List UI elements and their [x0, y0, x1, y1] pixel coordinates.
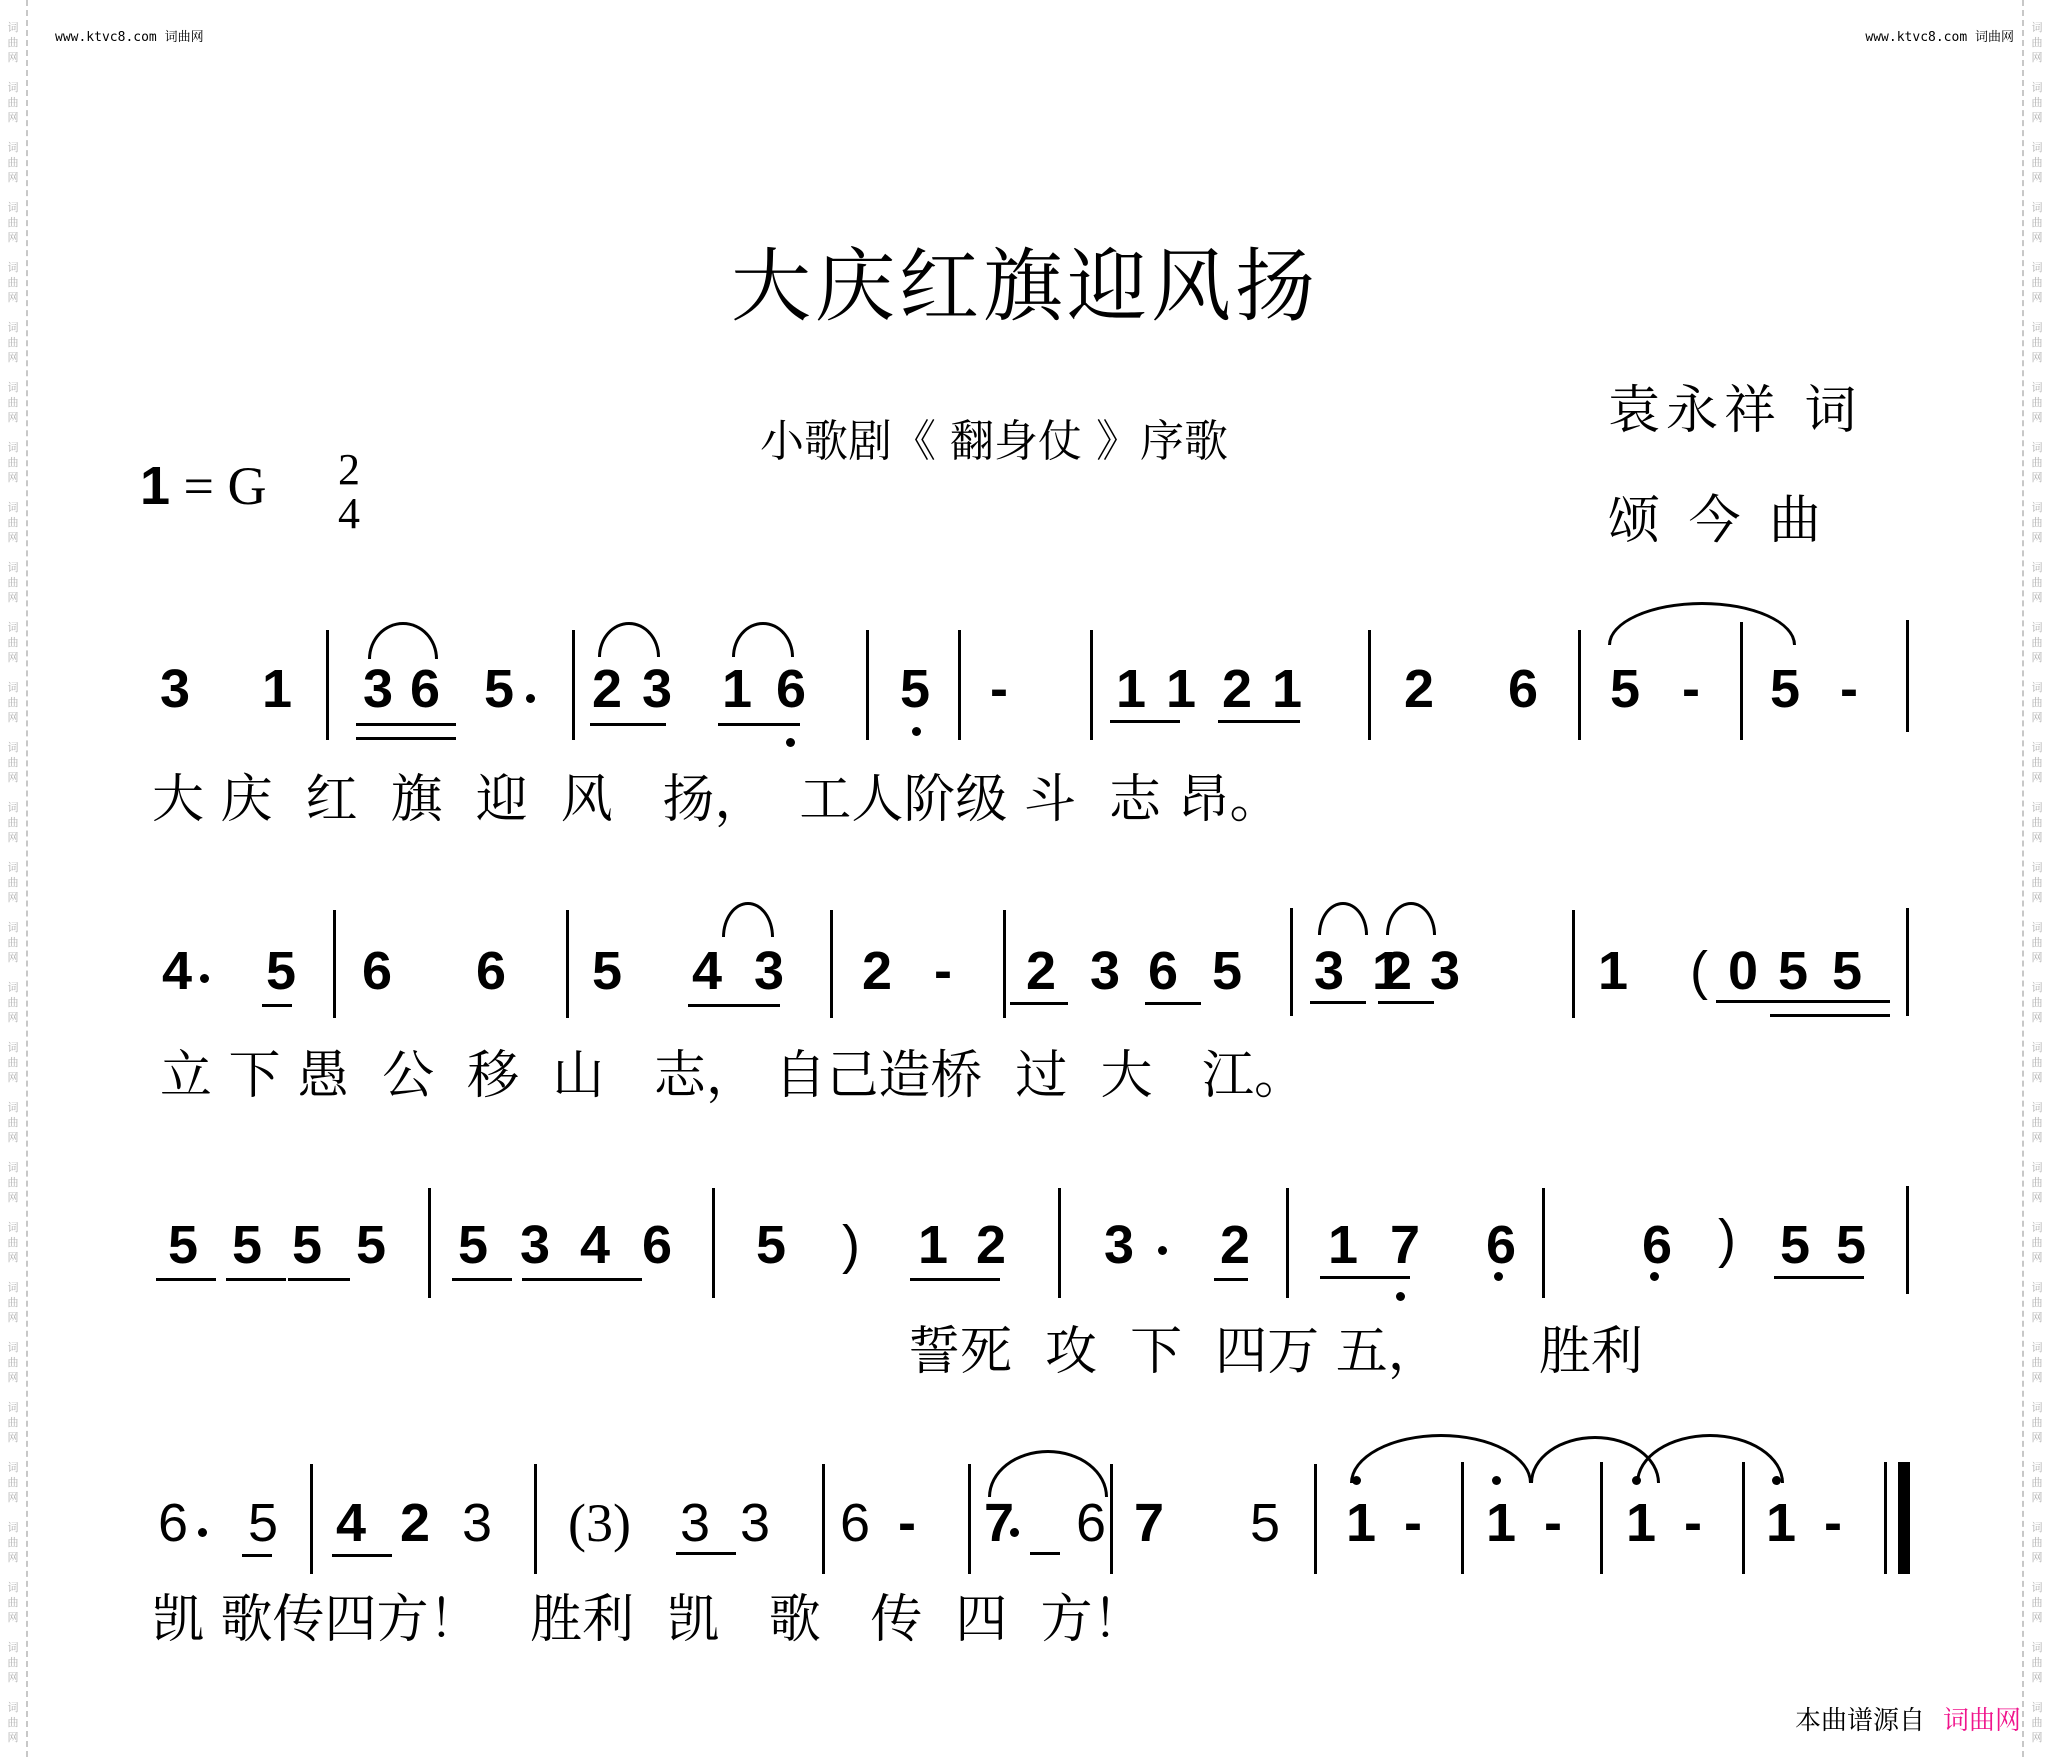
beam-underline	[590, 723, 666, 726]
watermark-glyph: 曲	[2024, 755, 2050, 770]
note: 6	[1076, 1496, 1106, 1550]
note: 6	[158, 1496, 188, 1550]
lyricist-credit: 袁永祥 词	[1608, 368, 1863, 443]
watermark-glyph: 词	[2024, 980, 2050, 995]
note: 3	[520, 1218, 550, 1272]
note: )	[842, 1218, 860, 1272]
watermark-glyph: 词	[0, 1100, 26, 1115]
bar-line	[1740, 622, 1743, 740]
note: 2	[976, 1218, 1006, 1272]
watermark-glyph: 曲	[0, 1175, 26, 1190]
watermark-glyph: 网	[2024, 710, 2050, 725]
note: 6	[642, 1218, 672, 1272]
watermark-glyph: 曲	[0, 1415, 26, 1430]
bar-line	[1003, 910, 1006, 1018]
watermark-glyph: 词	[0, 1460, 26, 1475]
slur-arc	[732, 622, 794, 657]
octave-or-dot-mark	[786, 738, 795, 747]
watermark-glyph: 词	[2024, 1100, 2050, 1115]
composer-credit: 颂 今 曲	[1608, 478, 1827, 553]
watermark-glyph: 词	[2024, 1520, 2050, 1535]
watermark-glyph: 网	[0, 1310, 26, 1325]
note: -	[1824, 1496, 1842, 1550]
note: 0	[1728, 944, 1758, 998]
watermark-glyph: 曲	[0, 1595, 26, 1610]
watermark-glyph: 网	[0, 170, 26, 185]
site-mark-right[interactable]: www.ktvc8.com 词曲网	[1865, 26, 2014, 45]
watermark-glyph: 曲	[0, 1355, 26, 1370]
note: 7	[1134, 1496, 1164, 1550]
watermark-glyph: 词	[0, 740, 26, 755]
note: 4	[692, 944, 722, 998]
watermark-glyph: 曲	[0, 515, 26, 530]
note: 5	[756, 1218, 786, 1272]
note: 5	[1780, 1218, 1810, 1272]
lyrics-line-1: 大 庆 红 旗 迎 风 扬， 工人阶级 斗 志 昂。	[152, 770, 1282, 830]
note: 1	[262, 662, 292, 716]
bar-line	[1314, 1464, 1317, 1574]
watermark-glyph: 曲	[2024, 515, 2050, 530]
bar-line	[333, 910, 336, 1018]
beam-underline	[1110, 720, 1180, 723]
note: 2	[862, 944, 892, 998]
watermark-glyph: 词	[0, 1220, 26, 1235]
note: 5	[458, 1218, 488, 1272]
watermark-glyph: 网	[0, 1250, 26, 1265]
time-signature: 2 4	[338, 448, 360, 536]
watermark-glyph: 曲	[2024, 695, 2050, 710]
note: 1	[1346, 1496, 1376, 1550]
key-name: G	[228, 456, 267, 516]
note: 1	[1626, 1496, 1656, 1550]
watermark-glyph: 曲	[2024, 1475, 2050, 1490]
watermark-glyph: 词	[2024, 740, 2050, 755]
bar-line	[1090, 630, 1093, 740]
watermark-glyph: 曲	[2024, 395, 2050, 410]
watermark-glyph: 词	[2024, 1220, 2050, 1235]
watermark-glyph: 网	[0, 890, 26, 905]
note: 5	[1610, 662, 1640, 716]
watermark-glyph: 曲	[2024, 455, 2050, 470]
bar-line	[1290, 908, 1293, 1016]
beam-underline	[1716, 1000, 1890, 1003]
watermark-glyph: 网	[0, 650, 26, 665]
slur-arc	[598, 622, 660, 657]
watermark-glyph: 网	[2024, 950, 2050, 965]
watermark-glyph: 曲	[2024, 1175, 2050, 1190]
slur-arc	[988, 1450, 1108, 1497]
note: 2	[1222, 662, 1252, 716]
note: 5	[266, 944, 296, 998]
watermark-glyph: 网	[0, 1070, 26, 1085]
watermark-glyph: 网	[0, 1670, 26, 1685]
note: 2	[1404, 662, 1434, 716]
bar-line	[712, 1188, 715, 1298]
watermark-glyph: 词	[0, 860, 26, 875]
octave-or-dot-mark	[1396, 1292, 1405, 1301]
beam-underline	[1770, 1014, 1890, 1017]
note: -	[898, 1496, 916, 1550]
note: 5	[1832, 944, 1862, 998]
note: -	[1544, 1496, 1562, 1550]
watermark-glyph: 网	[2024, 110, 2050, 125]
watermark-glyph: 曲	[0, 455, 26, 470]
watermark-glyph: 网	[2024, 170, 2050, 185]
note: 2	[1026, 944, 1056, 998]
octave-or-dot-mark	[1010, 1528, 1019, 1537]
watermark-glyph: 网	[2024, 1730, 2050, 1745]
watermark-glyph: 词	[2024, 560, 2050, 575]
watermark-glyph: 曲	[2024, 1415, 2050, 1430]
lyrics-line-3: 誓死 攻 下 四万 五， 胜利	[908, 1322, 1643, 1382]
octave-or-dot-mark	[200, 974, 209, 983]
site-name: 词曲网	[1975, 30, 2014, 45]
watermark-glyph: 网	[2024, 1490, 2050, 1505]
beam-underline	[910, 1278, 1000, 1281]
watermark-glyph: 词	[2024, 800, 2050, 815]
watermark-glyph: 曲	[2024, 1115, 2050, 1130]
watermark-glyph: 网	[2024, 1550, 2050, 1565]
note: 6	[362, 944, 392, 998]
beam-underline	[156, 1278, 216, 1281]
time-denominator: 4	[338, 492, 360, 536]
note: -	[1404, 1496, 1422, 1550]
watermark-glyph: 词	[2024, 920, 2050, 935]
note: 7	[984, 1496, 1014, 1550]
watermark-glyph: 曲	[2024, 335, 2050, 350]
note: -	[934, 944, 952, 998]
watermark-glyph: 词	[0, 1520, 26, 1535]
watermark-glyph: 曲	[2024, 875, 2050, 890]
watermark-glyph: 曲	[0, 815, 26, 830]
watermark-glyph: 网	[0, 1370, 26, 1385]
watermark-glyph: 曲	[0, 1475, 26, 1490]
note: 1	[1598, 944, 1628, 998]
key-tonic: 1	[140, 456, 170, 516]
watermark-glyph: 网	[0, 530, 26, 545]
lyrics-line-2: 立 下 愚 公 移 山 志， 自己造桥 过 大 江。	[160, 1046, 1306, 1106]
bar-line	[958, 630, 961, 740]
bar-line	[1110, 1464, 1113, 1574]
beam-underline	[1310, 1001, 1366, 1004]
watermark-glyph: 曲	[2024, 1055, 2050, 1070]
watermark-glyph: 词	[0, 680, 26, 695]
slur-arc	[1608, 602, 1796, 645]
watermark-glyph: 词	[0, 500, 26, 515]
bar-line	[1058, 1188, 1061, 1298]
note: 3	[680, 1496, 710, 1550]
watermark-glyph: 词	[2024, 1040, 2050, 1055]
watermark-glyph: 网	[0, 1610, 26, 1625]
watermark-glyph: 词	[0, 140, 26, 155]
note: 1	[722, 662, 752, 716]
octave-or-dot-mark	[1650, 1272, 1659, 1281]
watermark-glyph: 词	[2024, 620, 2050, 635]
watermark-glyph: 词	[2024, 1640, 2050, 1655]
watermark-glyph: 网	[2024, 1610, 2050, 1625]
watermark-glyph: 曲	[0, 1235, 26, 1250]
beam-underline	[1030, 1552, 1056, 1555]
watermark-glyph: 网	[2024, 1430, 2050, 1445]
watermark-glyph: 网	[0, 710, 26, 725]
note: 5	[356, 1218, 386, 1272]
slur-arc	[722, 902, 774, 937]
note: 3	[363, 662, 393, 716]
watermark-glyph: 曲	[0, 1655, 26, 1670]
watermark-glyph: 词	[2024, 80, 2050, 95]
beam-underline	[332, 1554, 392, 1557]
watermark-glyph: 网	[0, 410, 26, 425]
note: 5	[232, 1218, 262, 1272]
beam-underline	[688, 1004, 780, 1007]
beam-underline	[1010, 1002, 1068, 1005]
bar-line	[572, 630, 575, 740]
note: 3	[754, 944, 784, 998]
watermark-glyph: 词	[0, 380, 26, 395]
note: -	[1684, 1496, 1702, 1550]
slur-arc	[1318, 902, 1368, 935]
note: 5	[1770, 662, 1800, 716]
watermark-glyph: 网	[0, 350, 26, 365]
watermark-glyph: 词	[2024, 380, 2050, 395]
bar-line	[1368, 630, 1371, 740]
watermark-glyph: 网	[2024, 50, 2050, 65]
watermark-glyph: 网	[0, 1490, 26, 1505]
song-subtitle: 小歌剧《 翻身仗 》序歌	[760, 405, 1228, 469]
watermark-glyph: 词	[0, 1040, 26, 1055]
beam-underline	[1145, 1002, 1201, 1005]
watermark-glyph: 曲	[0, 335, 26, 350]
note: 2	[400, 1496, 430, 1550]
note: 5	[484, 662, 514, 716]
watermark-glyph: 网	[0, 50, 26, 65]
bar-line	[822, 1464, 825, 1574]
watermark-glyph: 曲	[2024, 1595, 2050, 1610]
watermark-glyph: 曲	[0, 635, 26, 650]
note: 4	[162, 944, 192, 998]
watermark-glyph: 曲	[0, 1715, 26, 1730]
note: 5	[1836, 1218, 1866, 1272]
watermark-glyph: 词	[0, 920, 26, 935]
note: 3	[1104, 1218, 1134, 1272]
watermark-glyph: 曲	[2024, 1235, 2050, 1250]
note: 6	[776, 662, 806, 716]
note: 1	[1166, 662, 1196, 716]
watermark-glyph: 词	[2024, 1460, 2050, 1475]
time-numerator: 2	[338, 448, 360, 492]
watermark-glyph: 曲	[2024, 155, 2050, 170]
watermark-glyph: 词	[0, 800, 26, 815]
beam-underline	[226, 1278, 227, 1281]
note: 3	[462, 1496, 492, 1550]
watermark-glyph: 词	[2024, 860, 2050, 875]
bar-line	[1906, 1186, 1909, 1294]
lyrics-line-4: 凯 歌传四方！ 胜利 凯 歌 传 四 方！	[152, 1590, 1144, 1650]
bar-line	[1542, 1188, 1545, 1298]
bar-line	[1286, 1188, 1289, 1298]
note: 5	[900, 662, 930, 716]
watermark-glyph: 网	[2024, 1190, 2050, 1205]
slur-arc	[1350, 1434, 1532, 1483]
watermark-glyph: 曲	[0, 1535, 26, 1550]
site-url: www.ktvc8.com	[1865, 30, 1967, 45]
note: 2	[592, 662, 622, 716]
watermark-glyph: 网	[0, 110, 26, 125]
watermark-glyph: 网	[2024, 650, 2050, 665]
watermark-glyph: 曲	[2024, 995, 2050, 1010]
beam-underline	[288, 1278, 350, 1281]
slur-arc	[1386, 902, 1436, 935]
note: 3	[740, 1496, 770, 1550]
watermark-glyph: 网	[2024, 590, 2050, 605]
note: 3	[160, 662, 190, 716]
beam-underline	[522, 1278, 582, 1281]
source-footer: 本曲谱源自词曲网	[1795, 1700, 2021, 1737]
bar-line	[1906, 620, 1909, 732]
watermark-glyph: 词	[0, 20, 26, 35]
site-name: 词曲网	[165, 30, 204, 45]
watermark-glyph: 词	[0, 1280, 26, 1295]
watermark-glyph: 曲	[0, 35, 26, 50]
note: 6	[1642, 1218, 1672, 1272]
watermark-glyph: 曲	[0, 995, 26, 1010]
note: 5	[248, 1496, 278, 1550]
beam-underline	[356, 737, 456, 740]
watermark-glyph: 网	[2024, 530, 2050, 545]
watermark-glyph: 词	[2024, 1580, 2050, 1595]
bar-line	[566, 910, 569, 1018]
watermark-glyph: 网	[0, 1190, 26, 1205]
watermark-glyph: 曲	[2024, 1535, 2050, 1550]
bar-line	[1742, 1462, 1745, 1574]
note: 5	[1250, 1496, 1280, 1550]
bar-line	[830, 910, 833, 1018]
note: -	[990, 662, 1008, 716]
watermark-glyph: 网	[2024, 1370, 2050, 1385]
watermark-glyph: 词	[0, 200, 26, 215]
octave-or-dot-mark	[1492, 1476, 1501, 1485]
beam-underline	[452, 1278, 512, 1281]
note: 6	[476, 944, 506, 998]
bar-line	[1906, 908, 1909, 1016]
watermark-glyph: 曲	[0, 875, 26, 890]
bar-line	[968, 1464, 971, 1574]
beam-underline	[1378, 1001, 1434, 1004]
note: 4	[580, 1218, 610, 1272]
note: 5	[168, 1218, 198, 1272]
watermark-glyph: 网	[2024, 1670, 2050, 1685]
beam-underline	[1320, 1276, 1410, 1279]
watermark-glyph: 词	[0, 1640, 26, 1655]
watermark-glyph: 曲	[0, 755, 26, 770]
watermark-glyph: 网	[0, 1550, 26, 1565]
beam-underline	[356, 723, 456, 726]
site-url: www.ktvc8.com	[55, 30, 157, 45]
watermark-glyph: 词	[0, 620, 26, 635]
watermark-glyph: 词	[0, 560, 26, 575]
watermark-glyph: 曲	[2024, 635, 2050, 650]
watermark-glyph: 曲	[0, 95, 26, 110]
note: 6	[1486, 1218, 1516, 1272]
watermark-glyph: 词	[0, 980, 26, 995]
watermark-glyph: 曲	[2024, 575, 2050, 590]
watermark-glyph: 曲	[0, 1295, 26, 1310]
watermark-glyph: 词	[0, 80, 26, 95]
slur-arc	[368, 622, 438, 659]
watermark-glyph: 曲	[0, 1115, 26, 1130]
watermark-glyph: 曲	[0, 155, 26, 170]
watermark-glyph: 网	[2024, 1010, 2050, 1025]
note: 6	[410, 662, 440, 716]
note: 1	[1116, 662, 1146, 716]
octave-or-dot-mark	[1772, 1476, 1781, 1485]
note: 5	[292, 1218, 322, 1272]
watermark-glyph: 网	[2024, 1070, 2050, 1085]
watermark-glyph: 网	[0, 950, 26, 965]
note: 1	[918, 1218, 948, 1272]
note: 3	[1314, 944, 1344, 998]
watermark-glyph: 曲	[2024, 1295, 2050, 1310]
note: 3	[1430, 944, 1460, 998]
note: 5	[1778, 944, 1808, 998]
octave-or-dot-mark	[1632, 1476, 1641, 1485]
watermark-glyph: 网	[2024, 1310, 2050, 1325]
octave-or-dot-mark	[1352, 1476, 1361, 1485]
watermark-glyph: 网	[0, 590, 26, 605]
watermark-glyph: 网	[0, 770, 26, 785]
watermark-glyph: 网	[0, 1010, 26, 1025]
watermark-glyph: 词	[2024, 20, 2050, 35]
note: 7	[1390, 1218, 1420, 1272]
watermark-glyph: 曲	[0, 695, 26, 710]
beam-underline	[1774, 1276, 1864, 1279]
note: (	[1690, 944, 1708, 998]
bar-line	[1884, 1462, 1887, 1574]
watermark-glyph: 词	[0, 1160, 26, 1175]
note: -	[1682, 662, 1700, 716]
octave-or-dot-mark	[1494, 1272, 1503, 1281]
song-title: 大庆红旗迎风扬	[0, 222, 2050, 337]
beam-underline	[718, 723, 800, 726]
bar-line	[1898, 1462, 1910, 1574]
watermark-glyph: 词	[2024, 1280, 2050, 1295]
site-mark-left[interactable]: www.ktvc8.com 词曲网	[55, 26, 204, 45]
slur-arc	[1636, 1434, 1784, 1483]
watermark-glyph: 词	[2024, 140, 2050, 155]
watermark-glyph: 网	[2024, 770, 2050, 785]
note: (3)	[568, 1496, 631, 1550]
octave-or-dot-mark	[198, 1528, 207, 1537]
watermark-glyph: 网	[2024, 890, 2050, 905]
bar-line	[1572, 910, 1575, 1018]
note: 1	[1272, 662, 1302, 716]
note: 6	[840, 1496, 870, 1550]
note: 1	[1766, 1496, 1796, 1550]
watermark-glyph: 曲	[2024, 35, 2050, 50]
beam-underline	[582, 1278, 642, 1281]
watermark-glyph: 曲	[0, 575, 26, 590]
watermark-glyph: 词	[2024, 1700, 2050, 1715]
note: 4	[336, 1496, 366, 1550]
source-brand-link[interactable]: 词曲网	[1943, 1706, 2021, 1736]
watermark-glyph: 网	[0, 1430, 26, 1445]
watermark-glyph: 曲	[2024, 815, 2050, 830]
watermark-glyph: 曲	[2024, 1655, 2050, 1670]
watermark-glyph: 词	[2024, 1400, 2050, 1415]
note: 3	[642, 662, 672, 716]
watermark-glyph: 词	[2024, 680, 2050, 695]
watermark-glyph: 网	[0, 1130, 26, 1145]
